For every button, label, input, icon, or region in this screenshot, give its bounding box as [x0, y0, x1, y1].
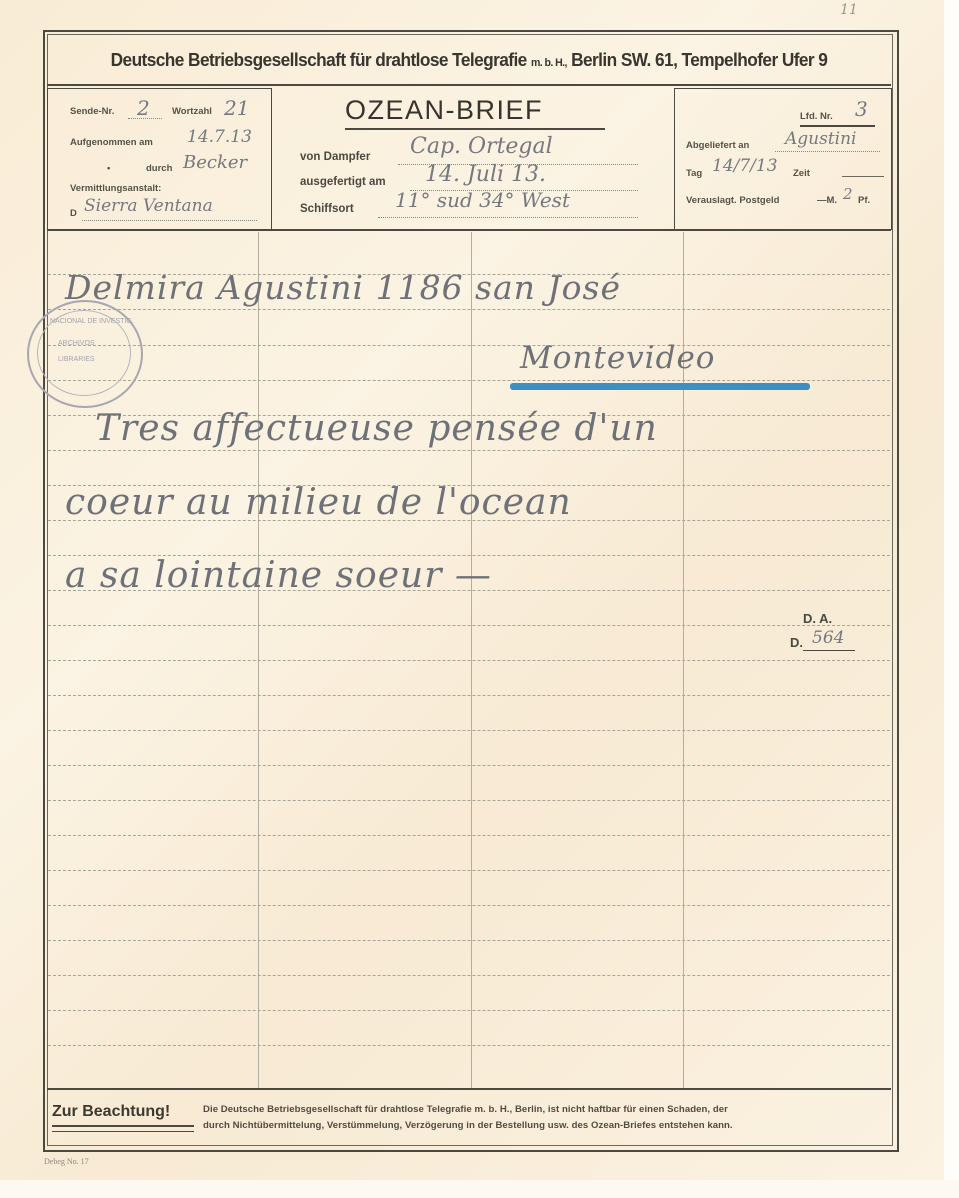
footer-notice-box: [47, 1088, 891, 1146]
lfd-nr-value: 3: [855, 97, 868, 121]
schiffsort-line: [378, 217, 638, 218]
grid-row-line: [48, 1010, 890, 1011]
ausgefertigt-value: 14. Juli 13.: [425, 162, 546, 187]
page-edge-bottom: [0, 1180, 959, 1198]
grid-row-line: [48, 450, 890, 451]
city-blue-underline: [510, 383, 810, 390]
tag-label: Tag: [686, 168, 702, 179]
grid-row-line: [48, 870, 890, 871]
schiffsort-value: 11° sud 34° West: [395, 188, 570, 212]
page-edge: [944, 0, 959, 1198]
page-mark: 11: [840, 2, 858, 18]
postgeld-mark: —M.: [817, 195, 837, 206]
schiffsort-label: Schiffsort: [300, 203, 354, 215]
stamp-line-2: LIBRARIES: [58, 356, 95, 363]
lfd-nr-label: Lfd. Nr.: [800, 111, 833, 122]
grid-row-line: [48, 800, 890, 801]
notice-line-2: durch Nichtübermittelung, Verstümmelung,…: [203, 1120, 733, 1131]
d-number-value: 564: [812, 628, 844, 648]
grid-row-line: [48, 975, 890, 976]
company-name: Deutsche Betriebsgesellschaft für drahtl…: [111, 50, 527, 70]
form-title: OZEAN-BRIEF: [345, 95, 543, 126]
message-line-address: Delmira Agustini 1186 san José: [65, 268, 621, 307]
lfd-underline: [800, 125, 875, 127]
abgeliefert-line: [775, 151, 880, 152]
form-number: Debeg No. 17: [44, 1157, 89, 1166]
dampfer-value: Cap. Ortegal: [410, 134, 553, 159]
durch-value: Becker: [183, 152, 247, 173]
grid-row-line: [48, 309, 890, 310]
message-line-2: coeur au milieu de l'ocean: [65, 482, 572, 523]
grid-row-line: [48, 940, 890, 941]
d-number-underline: [803, 650, 855, 651]
sende-nr-value: 2: [137, 96, 150, 120]
grid-row-line: [48, 730, 890, 731]
header-divider: [47, 84, 891, 86]
postgeld-pf-value: 2: [843, 185, 853, 203]
grid-row-line: [48, 345, 890, 346]
company-suffix: m. b. H.,: [531, 57, 567, 69]
title-underline: [345, 128, 605, 130]
grid-row-line: [48, 835, 890, 836]
grid-row-line: [48, 1045, 890, 1046]
dampfer-label: von Dampfer: [300, 151, 370, 163]
wortzahl-value: 21: [224, 96, 249, 120]
notice-line-1: Die Deutsche Betriebsgesellschaft für dr…: [203, 1104, 728, 1115]
ditto-mark: •: [107, 163, 110, 174]
message-line-1: Tres affectueuse pensée d'un: [95, 408, 658, 449]
sende-nr-label: Sende-Nr.: [70, 106, 114, 117]
grid-row-line: [48, 695, 890, 696]
notice-heading-underline: [52, 1125, 194, 1132]
zeit-line: [842, 176, 884, 177]
vermittlung-label: Vermittlungsanstalt:: [70, 183, 161, 194]
aufgenommen-label: Aufgenommen am: [70, 137, 153, 148]
grid-row-line: [48, 660, 890, 661]
sende-nr-line: [128, 118, 162, 119]
durch-label: durch: [146, 163, 172, 174]
aufgenommen-value: 14.7.13: [187, 127, 252, 147]
grid-column-divider: [258, 232, 259, 1090]
company-address: Berlin SW. 61, Tempelhofer Ufer 9: [571, 50, 827, 70]
postgeld-pf-label: Pf.: [858, 195, 870, 206]
tag-value: 14/7/13: [712, 156, 778, 176]
abgeliefert-value: Agustini: [785, 129, 857, 149]
stamp-top-text: NACIONAL DE INVESTIG.: [50, 318, 134, 325]
vermittlung-value: Sierra Ventana: [84, 196, 213, 216]
vermittlung-line: [82, 220, 257, 221]
abgeliefert-label: Abgeliefert an: [686, 140, 749, 151]
message-line-3: a sa lointaine soeur —: [65, 555, 492, 596]
company-header: Deutsche Betriebsgesellschaft für drahtl…: [64, 37, 874, 84]
zeit-label: Zeit: [793, 168, 810, 179]
header-bottom-divider: [47, 229, 891, 231]
notice-heading: Zur Beachtung!: [52, 1103, 170, 1121]
d-label: D: [70, 208, 77, 219]
da-label: D. A.: [803, 611, 832, 626]
message-line-city: Montevideo: [520, 340, 715, 376]
grid-row-line: [48, 905, 890, 906]
grid-row-line: [48, 380, 890, 381]
wortzahl-label: Wortzahl: [172, 106, 212, 117]
ausgefertigt-label: ausgefertigt am: [300, 176, 386, 188]
stamp-line-1: ARCHIVOS: [58, 340, 95, 347]
grid-row-line: [48, 765, 890, 766]
postgeld-label: Verauslagt. Postgeld: [686, 195, 779, 206]
grid-column-divider: [471, 232, 472, 1090]
d-number-label: D.: [790, 635, 803, 650]
grid-row-line: [48, 625, 890, 626]
